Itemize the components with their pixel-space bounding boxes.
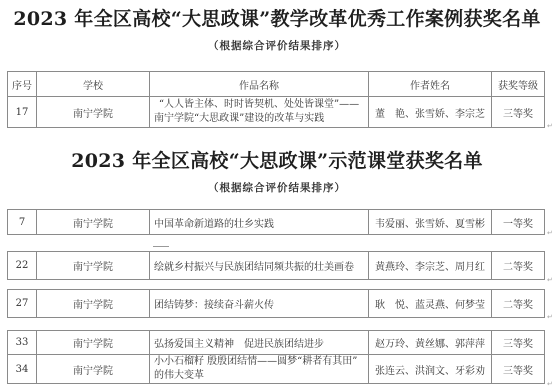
row-work-line2: 的伟大变革 [154, 369, 364, 383]
row-authors: 黄燕玲、李宗芝、周月红 [369, 252, 492, 280]
row-no: 34 [8, 355, 37, 384]
row-work: 团结铸梦：接续奋斗薪火传 [150, 290, 369, 318]
row-authors: 韦爱丽、张雪娇、夏雪彬 [369, 210, 492, 235]
demo-class-table-segment-1: 7 南宁学院 中国革命新道路的壮乡实践 韦爱丽、张雪娇、夏雪彬 一等奖 [7, 209, 545, 235]
row-work: 中国革命新道路的壮乡实践 [150, 210, 369, 235]
paragraph-mark-icon: ↵ [547, 276, 553, 284]
row-no: 27 [8, 290, 37, 318]
demo-class-award-title: 2023 年全区高校“大思政课”示范课堂获奖名单 [0, 149, 554, 173]
demo-class-table-segment-3: 27 南宁学院 团结铸梦：接续奋斗薪火传 耿 悦、蓝灵燕、何梦莹 二等奖 [7, 289, 545, 318]
row-work: 绘就乡村振兴与民族团结同频共振的壮美画卷 [150, 252, 369, 280]
table-row: 33 南宁学院 弘扬爱国主义精神 促进民族团结进步 赵万玲、黄丝娜、郭萍萍 三等… [8, 331, 545, 355]
paragraph-mark-icon: ↵ [547, 122, 553, 130]
row-school: 南宁学院 [37, 290, 150, 318]
paragraph-mark-icon: ↵ [547, 380, 553, 388]
table-row: 34 南宁学院 小小石榴籽 殷殷团结情——圆梦“耕者有其田” 的伟大变革 张连云… [8, 355, 545, 384]
row-no: 33 [8, 331, 37, 355]
row-award: 三等奖 [492, 97, 545, 128]
demo-class-table-segment-4: 33 南宁学院 弘扬爱国主义精神 促进民族团结进步 赵万玲、黄丝娜、郭萍萍 三等… [7, 330, 545, 384]
row-no: 22 [8, 252, 37, 280]
case-award-subtitle: （根据综合评价结果排序） [0, 39, 554, 53]
row-school: 南宁学院 [37, 252, 150, 280]
row-school: 南宁学院 [37, 355, 150, 384]
demo-class-table-segment-2: 22 南宁学院 绘就乡村振兴与民族团结同频共振的壮美画卷 黄燕玲、李宗芝、周月红… [7, 251, 545, 280]
header-award: 获奖等级 [492, 72, 545, 97]
paragraph-mark-icon: ↵ [547, 313, 553, 321]
demo-class-award-subtitle: （根据综合评价结果排序） [0, 181, 554, 195]
table-row: 7 南宁学院 中国革命新道路的壮乡实践 韦爱丽、张雪娇、夏雪彬 一等奖 [8, 210, 545, 235]
row-award: 二等奖 [492, 252, 545, 280]
row-work-line1: “人人皆主体、时时皆契机、处处皆课堂”—— [154, 98, 364, 112]
row-authors: 耿 悦、蓝灵燕、何梦莹 [369, 290, 492, 318]
row-no: 7 [8, 210, 37, 235]
row-work: 小小石榴籽 殷殷团结情——圆梦“耕者有其田” 的伟大变革 [150, 355, 369, 384]
header-authors: 作者姓名 [369, 72, 492, 97]
case-award-title: 2023 年全区高校“大思政课”教学改革优秀工作案例获奖名单 [0, 7, 554, 31]
row-work: “人人皆主体、时时皆契机、处处皆课堂”—— 南宁学院“大思政课”建设的改革与实践 [150, 97, 369, 128]
header-work: 作品名称 [150, 72, 369, 97]
header-no: 序号 [8, 72, 37, 97]
row-authors: 赵万玲、黄丝娜、郭萍萍 [369, 331, 492, 355]
table-row: 22 南宁学院 绘就乡村振兴与民族团结同频共振的壮美画卷 黄燕玲、李宗芝、周月红… [8, 252, 545, 280]
row-award: 二等奖 [492, 290, 545, 318]
row-authors: 董 艳、张雪娇、李宗芝 [369, 97, 492, 128]
row-award: 三等奖 [492, 355, 545, 384]
row-work-line2: 南宁学院“大思政课”建设的改革与实践 [154, 112, 364, 126]
row-award: 三等奖 [492, 331, 545, 355]
row-work-line1: 小小石榴籽 殷殷团结情——圆梦“耕者有其田” [154, 355, 364, 369]
row-work: 弘扬爱国主义精神 促进民族团结进步 [150, 331, 369, 355]
case-award-table: 序号 学校 作品名称 作者姓名 获奖等级 17 南宁学院 “人人皆主体、时时皆契… [7, 71, 545, 128]
table-header-row: 序号 学校 作品名称 作者姓名 获奖等级 [8, 72, 545, 97]
header-school: 学校 [37, 72, 150, 97]
paragraph-mark-icon: ↵ [547, 229, 553, 237]
row-school: 南宁学院 [37, 210, 150, 235]
row-school: 南宁学院 [37, 331, 150, 355]
row-authors: 张连云、洪润文、牙彩劝 [369, 355, 492, 384]
row-no: 17 [8, 97, 37, 128]
table-row: 17 南宁学院 “人人皆主体、时时皆契机、处处皆课堂”—— 南宁学院“大思政课”… [8, 97, 545, 128]
table-row: 27 南宁学院 团结铸梦：接续奋斗薪火传 耿 悦、蓝灵燕、何梦莹 二等奖 [8, 290, 545, 318]
row-award: 一等奖 [492, 210, 545, 235]
row-school: 南宁学院 [37, 97, 150, 128]
stray-line-fragment [153, 246, 169, 247]
